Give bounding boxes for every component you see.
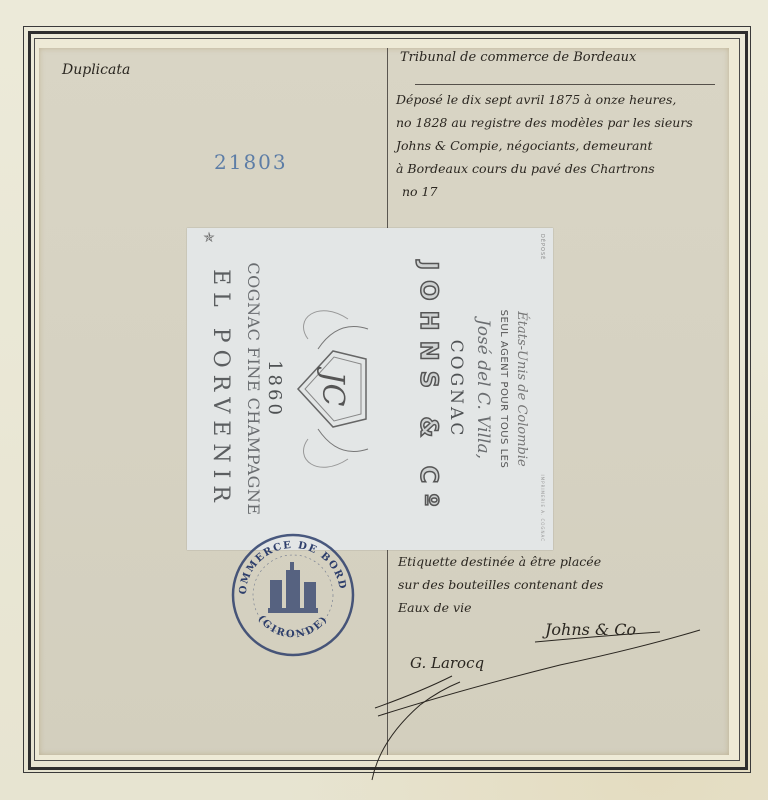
label-deposit-mark: DÉPOSÉ: [539, 234, 545, 260]
note-line: Eaux de vie: [398, 596, 603, 619]
deposit-record: Déposé le dix sept avril 1875 à onze heu…: [396, 88, 726, 203]
clerk-signature: G. Larocq: [410, 654, 484, 672]
registration-number-stamp: 21803: [214, 150, 288, 174]
deposit-line: à Bordeaux cours du pavé des Chartrons: [396, 157, 726, 180]
heading-underline: [415, 84, 715, 85]
label-brand: JOHNS & Cº: [415, 228, 443, 550]
label-agent-country: États-Unis de Colombie: [514, 228, 529, 550]
label-title: EL PORVENIR: [208, 228, 233, 550]
note-line: Etiquette destinée à être placée: [398, 550, 603, 573]
label-year: 1860: [264, 228, 285, 550]
monogram-shield-icon: JC: [288, 309, 378, 469]
court-seal-stamp-icon: DE COMMERCE DE BORDEAUX (GIRONDE): [228, 530, 358, 660]
duplicata-heading: Duplicata: [62, 62, 130, 78]
seal-text-bottom: (GIRONDE): [255, 613, 330, 640]
deposit-line: Déposé le dix sept avril 1875 à onze heu…: [396, 88, 726, 111]
label-agent-name: José del C. Villa,: [473, 228, 493, 550]
label-subtitle: COGNAC FINE CHAMPAGNE: [244, 228, 263, 550]
label-note: Etiquette destinée à être placée sur des…: [398, 550, 603, 619]
applicant-signature: Johns & Co: [545, 620, 636, 639]
label-agent-role: SEUL AGENT POUR TOUS LES: [498, 228, 509, 550]
deposit-line: no 17: [396, 180, 726, 203]
cognac-label: DÉPOSÉ IMPRIMERIE A. COGNAC ✯ EL PORVENI…: [187, 228, 553, 550]
label-printer-credit: IMPRIMERIE A. COGNAC: [540, 475, 545, 542]
court-heading: Tribunal de commerce de Bordeaux: [400, 50, 636, 65]
castle-emblem-icon: [268, 562, 318, 613]
monogram-text: JC: [315, 366, 350, 407]
label-city: COGNAC: [446, 228, 466, 550]
label-rotated-content: DÉPOSÉ IMPRIMERIE A. COGNAC ✯ EL PORVENI…: [187, 228, 553, 550]
note-line: sur des bouteilles contenant des: [398, 573, 603, 596]
deposit-line: Johns & Compie, négociants, demeurant: [396, 134, 726, 157]
deposit-line: no 1828 au registre des modèles par les …: [396, 111, 726, 134]
